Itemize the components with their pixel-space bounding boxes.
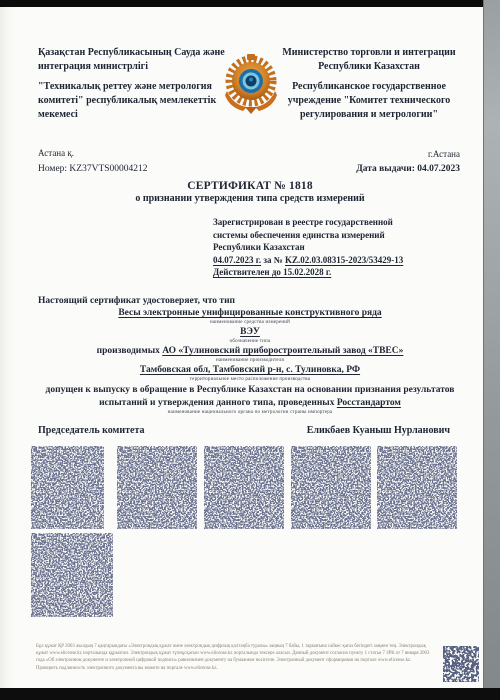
type-designation-caption: обозначение типа (20, 339, 480, 344)
signatory-name: Еликбаев Куаныш Нурланович (307, 425, 450, 436)
signature-stamp-noise-block-1 (31, 446, 104, 529)
signature-stamp-noise-block-2 (117, 446, 197, 529)
production-location: Тамбовская обл, Тамбовский р-н, с. Тулин… (140, 365, 360, 375)
signature-stamp-noise-block-5 (377, 446, 457, 529)
certificate-number: Номер: KZ37VTS00004212 (38, 164, 148, 174)
org-name-russian: Министерство торговли и интеграции Респу… (276, 46, 462, 128)
signature-stamp-noise-block-4 (291, 446, 371, 529)
certificate-document: Қазақстан Республикасының Сауда және инт… (0, 0, 500, 700)
approval-authority: Росстандартом (337, 398, 401, 408)
valid-until: Действителен до 15.02.2028 г. (213, 267, 331, 277)
registration-line1: Зарегистрирован в реестре государственно… (213, 216, 475, 229)
instrument-name-caption: наименование средства измерений (20, 320, 480, 325)
producer-name: АО «Тулиновский приборостроительный заво… (162, 346, 403, 356)
registration-line3: Республики Казахстан (213, 241, 475, 254)
certificate-subtitle: о признании утверждения типа средств изм… (20, 193, 480, 204)
scan-edge-bottom (0, 688, 500, 700)
footer-disclaimer: Бұл құжат ҚР 2003 жылдың 7 қаңтарындағы … (36, 643, 434, 672)
registration-reg-number: KZ.02.03.08315-2023/53429-13 (285, 255, 403, 265)
org-right-line1: Министерство торговли и интеграции Респу… (276, 46, 462, 74)
city-right: г.Астана (428, 149, 460, 159)
org-left-line2: "Техникалық реттеу және метрология комит… (38, 80, 226, 122)
registration-block: Зарегистрирован в реестре государственно… (213, 216, 475, 279)
city-left: Астана қ. (38, 148, 74, 158)
registration-middle: за № (261, 255, 285, 265)
org-right-line2: Республиканское государственное учрежден… (276, 80, 462, 122)
certificate-title: СЕРТИФИКАТ № 1818 (20, 180, 480, 192)
issue-date: Дата выдачи: 04.07.2023 (356, 164, 460, 174)
registration-date: 04.07.2023 г. (213, 255, 261, 265)
production-location-caption: территориальное место расположение произ… (20, 377, 480, 382)
approval-paragraph: допущен к выпуску в обращение в Республи… (42, 384, 458, 410)
producer-prefix: производимых (97, 346, 163, 356)
production-location-line: Тамбовская обл, Тамбовский р-н, с. Тулин… (20, 365, 480, 375)
signature-stamp-noise-block-3 (204, 446, 284, 529)
kazakhstan-state-emblem-icon (223, 53, 279, 115)
registration-number-line: 04.07.2023 г. за № KZ.02.03.08315-2023/5… (213, 254, 475, 267)
valid-until-line: Действителен до 15.02.2028 г. (213, 266, 475, 279)
scan-edge-top (0, 0, 500, 7)
instrument-name-line: Весы электронные унифицированные констру… (20, 308, 480, 318)
scan-edge-right (483, 0, 500, 688)
type-designation: ВЭУ (240, 327, 260, 337)
org-left-line1: Қазақстан Республикасының Сауда және инт… (38, 46, 226, 74)
producer-line: производимых АО «Тулиновский приборостро… (20, 346, 480, 356)
instrument-name: Весы электронные унифицированные констру… (118, 308, 381, 318)
registration-line2: системы обеспечения единства измерений (213, 229, 475, 242)
qr-code-icon (443, 646, 479, 682)
type-designation-line: ВЭУ (20, 327, 480, 337)
signature-stamp-noise-block-6 (31, 533, 113, 617)
producer-caption: наименование производителя (20, 358, 480, 363)
certify-intro: Настоящий сертификат удостоверяет, что т… (38, 296, 235, 306)
approval-caption: наименование национального органа по мет… (20, 410, 480, 415)
signatory-position: Председатель комитета (38, 425, 145, 436)
org-name-kazakh: Қазақстан Республикасының Сауда және инт… (38, 46, 226, 128)
